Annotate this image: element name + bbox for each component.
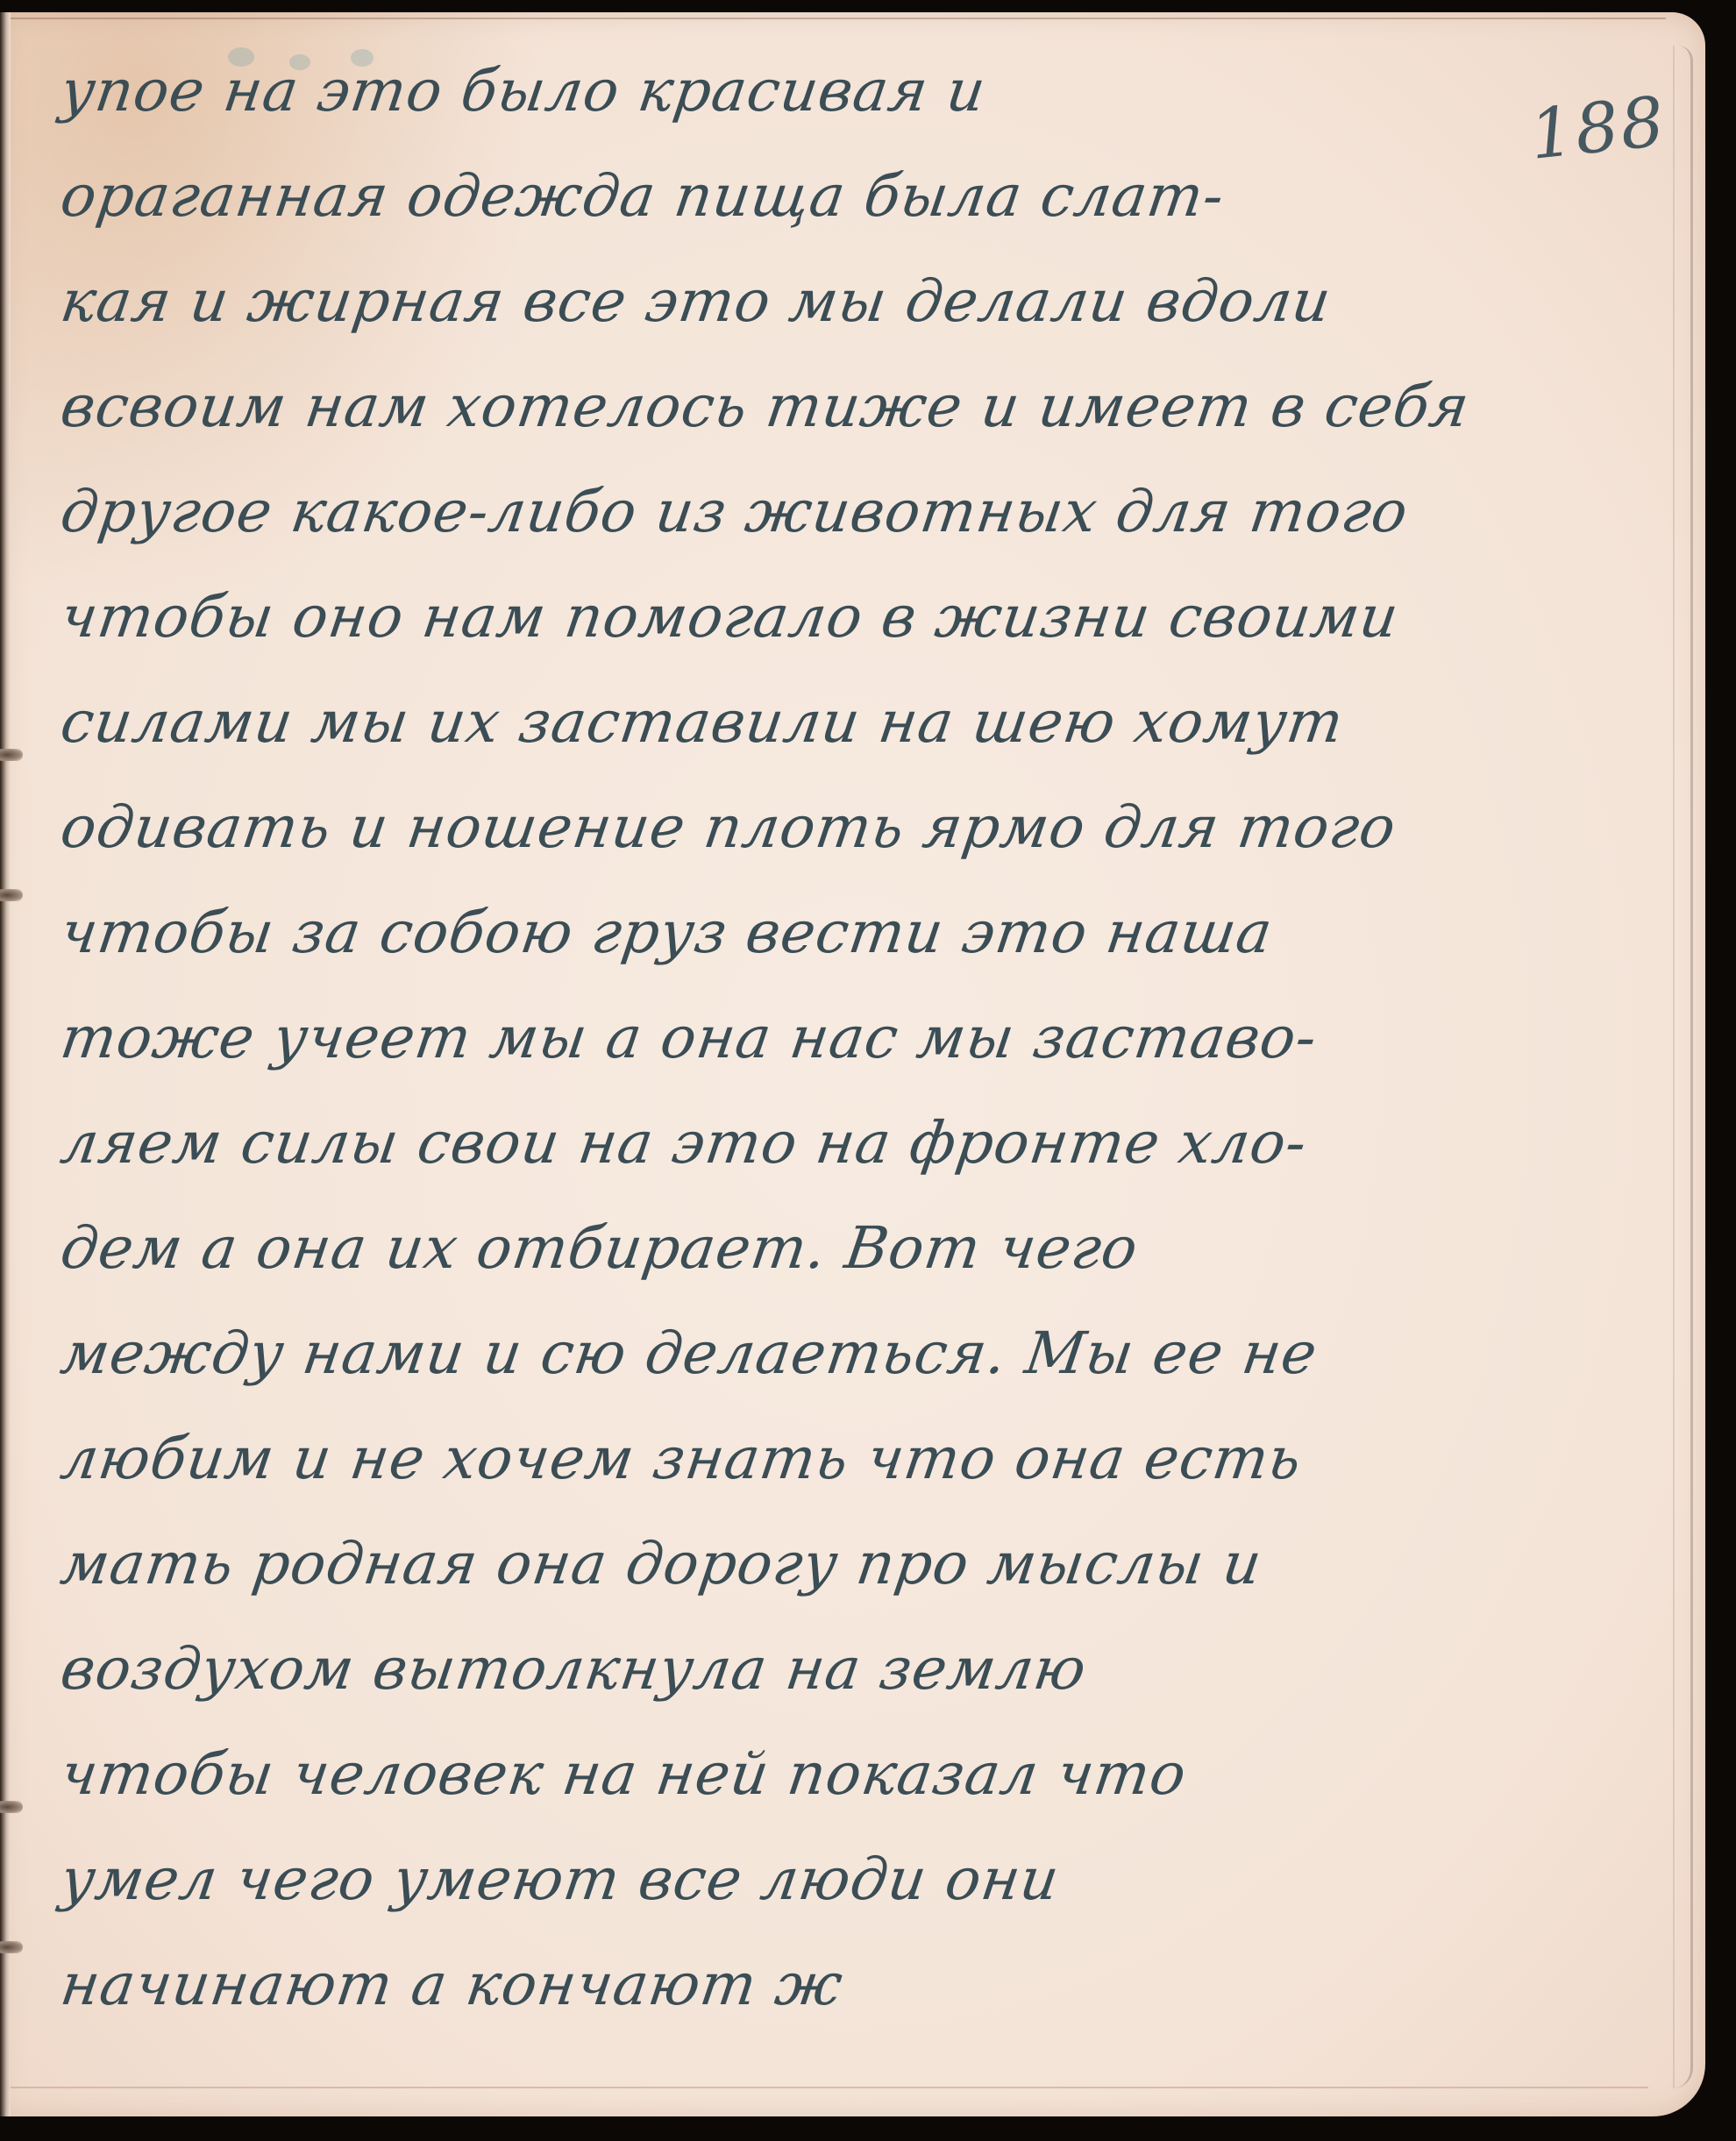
- binding-hole: [0, 1941, 23, 1953]
- binding-hole: [0, 1801, 23, 1813]
- text-line: ляем силы свои на это на фронте хло-: [54, 1091, 1577, 1196]
- text-line: силами мы их заставили на шею хомут: [54, 670, 1577, 775]
- text-line: ораганная одежда пища была слат-: [54, 144, 1577, 249]
- text-line: упое на это было красивая и: [54, 39, 1577, 144]
- text-line: другое какое-либо из животных для того: [54, 459, 1577, 565]
- notebook-page: 188 упое на это было красивая и ораганна…: [0, 12, 1705, 2116]
- text-line: любим и не хочем знать что она есть: [54, 1406, 1577, 1512]
- text-line: чтобы оно нам помогало в жизни своими: [54, 565, 1577, 670]
- text-line: всвоим нам хотелось тиже и имеет в себя: [54, 354, 1577, 459]
- page-top-edge: [0, 12, 1666, 19]
- text-line: между нами и сю делаеться. Мы ее не: [54, 1301, 1577, 1406]
- page-bottom-edge: [0, 2087, 1648, 2092]
- text-line: одивать и ношение плоть ярмо для того: [54, 775, 1577, 880]
- binding-hole: [0, 889, 23, 901]
- handwritten-text: упое на это было красивая и ораганная од…: [61, 39, 1569, 2038]
- text-line: мать родная она дорогу про мыслы и: [54, 1512, 1577, 1617]
- text-line: кая и жирная все это мы делали вдоли: [54, 249, 1577, 354]
- text-line: начинают а кончают ж: [54, 1932, 1577, 2038]
- text-line: дем а она их отбирает. Вот чего: [54, 1196, 1577, 1301]
- page-stack-edge: [1673, 46, 1693, 2088]
- binding-hole: [0, 749, 23, 761]
- text-line: чтобы человек на ней показал что: [54, 1722, 1577, 1827]
- text-line: чтобы за собою груз вести это наша: [54, 880, 1577, 985]
- text-line: воздухом вытолкнула на землю: [54, 1617, 1577, 1722]
- text-line: тоже учеет мы а она нас мы заставо-: [54, 985, 1577, 1091]
- text-line: умел чего умеют все люди они: [54, 1827, 1577, 1932]
